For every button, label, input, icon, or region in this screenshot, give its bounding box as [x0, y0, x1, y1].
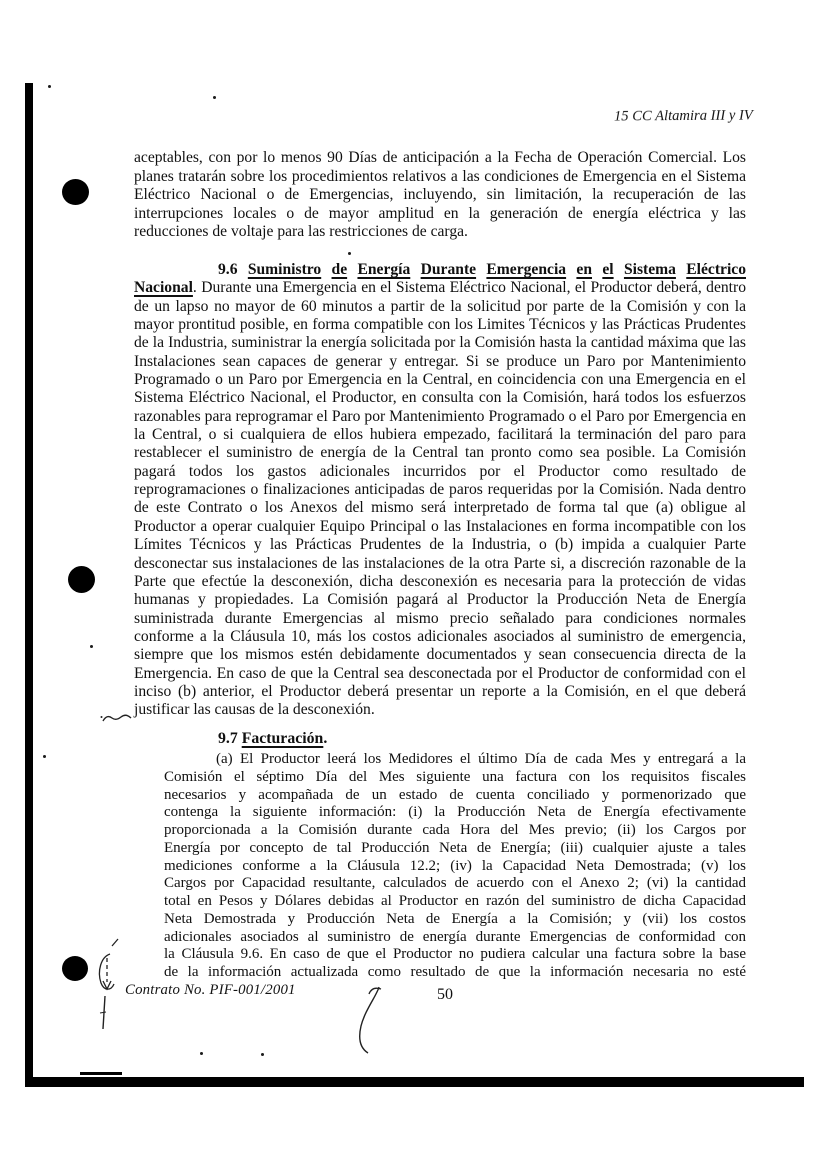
text-segment — [566, 261, 576, 278]
text-segment: el — [602, 261, 613, 278]
text-line: la Central, o si cualquiera de ellos hub… — [134, 426, 746, 444]
text-line: necesarios y acompañada de un estado de … — [164, 787, 746, 805]
text-line: desconectar sus instalaciones de las ins… — [134, 555, 746, 573]
text-segment: Durante — [421, 261, 476, 278]
text-line: de la Industria, suministrar la energía … — [134, 334, 746, 352]
text-segment: en — [576, 261, 592, 278]
text-line: interrupciones locales o de mayor amplit… — [134, 205, 746, 224]
text-segment: Emergencia — [486, 261, 566, 278]
text-line: suministrada durante Emergencias al mism… — [134, 610, 746, 628]
text-line: restablecer el suministro de energía de … — [134, 444, 746, 462]
text-line: 9.7 Facturación. — [134, 729, 746, 748]
hole-punch-dot — [62, 179, 89, 205]
text-segment — [321, 261, 331, 278]
text-line: contenga la siguiente información: (i) l… — [164, 804, 746, 822]
paragraph-a-facturacion: (a) El Productor leerá los Medidores el … — [164, 751, 746, 982]
text-line: Cargos por Capacidad resultante, calcula… — [164, 875, 746, 893]
footer-contract-number: Contrato No. PIF-001/2001 — [125, 982, 296, 999]
text-line: Energía por concepto de tal Producción N… — [164, 840, 746, 858]
text-line: mediciones conforme a la Cláusula 12.2; … — [164, 858, 746, 876]
handwritten-signature-squiggle — [350, 982, 392, 1058]
scan-border-dash — [80, 1072, 122, 1075]
text-line: adicionales asociados al suministro de e… — [164, 929, 746, 947]
text-line: Emergencia. En caso de que la Central se… — [134, 665, 746, 683]
text-segment — [614, 261, 624, 278]
text-line: aceptables, con por lo menos 90 Días de … — [134, 149, 746, 168]
text-segment: Eléctrico — [686, 261, 746, 278]
text-line: humanas y propiedades. La Comisión pagar… — [134, 591, 746, 609]
text-line: reducciones de voltaje para las restricc… — [134, 223, 746, 242]
text-segment: Suministro — [248, 261, 321, 278]
text-line: Parte que efectúe la desconexión, dicha … — [134, 573, 746, 591]
handwritten-arrow-annotation — [88, 933, 130, 1035]
text-line: Nacional. Durante una Emergencia en el S… — [134, 279, 746, 297]
scan-speck — [43, 755, 46, 758]
text-segment — [476, 261, 486, 278]
scan-speck — [48, 85, 51, 88]
scan-speck — [348, 252, 351, 255]
text-line: inciso (b) anterior, el Productor deberá… — [134, 683, 746, 701]
text-line: de este Contrato o los Anexos del mismo … — [134, 499, 746, 517]
text-line: reprogramaciones o finalizaciones antici… — [134, 481, 746, 499]
text-line: Programado o un Paro por Emergencia en l… — [134, 371, 746, 389]
text-line: Instalaciones sean capaces de generar y … — [134, 353, 746, 371]
text-line: de un lapso no mayor de 60 minutos a par… — [134, 298, 746, 316]
text-line: 9.6 Suministro de Energía Durante Emerge… — [134, 261, 746, 279]
scanned-contract-page: 15 CC Altamira III y IV aceptables, con … — [0, 0, 828, 1169]
scan-speck — [261, 1053, 264, 1056]
text-segment — [676, 261, 686, 278]
paragraph-intro: aceptables, con por lo menos 90 Días de … — [134, 149, 746, 242]
hole-punch-dot — [62, 956, 88, 981]
text-segment: Facturación — [242, 730, 324, 747]
section-9-7-heading: 9.7 Facturación. — [134, 729, 746, 748]
scan-speck — [200, 1052, 203, 1055]
page-header-reference: 15 CC Altamira III y IV — [614, 108, 754, 126]
text-line: Sistema Eléctrico Nacional, el Productor… — [134, 389, 746, 407]
text-segment: 9.7 — [218, 730, 242, 747]
section-9-6-paragraph: 9.6 Suministro de Energía Durante Emerge… — [134, 261, 746, 720]
text-line: Neta Demostrada y Producción Neta de Ene… — [164, 911, 746, 929]
text-line: (a) El Productor leerá los Medidores el … — [164, 751, 746, 769]
scan-speck — [213, 96, 216, 99]
text-line: Eléctrico Nacional o de Emergencias, inc… — [134, 186, 746, 205]
text-segment — [347, 261, 357, 278]
handwritten-margin-scribble — [100, 710, 140, 728]
text-segment — [410, 261, 420, 278]
scan-border-bottom — [25, 1077, 804, 1087]
text-line: pagará todos los gastos adicionales incu… — [134, 463, 746, 481]
text-line: Comisión el séptimo Día del Mes siguient… — [164, 769, 746, 787]
scan-border-left — [25, 83, 33, 1087]
text-segment: Nacional — [134, 279, 193, 296]
text-line: Límites Técnicos y las Prácticas Prudent… — [134, 536, 746, 554]
text-segment: 9.6 — [218, 261, 248, 278]
hole-punch-dot — [68, 566, 95, 593]
text-line: de la información actualizada como resul… — [164, 964, 746, 982]
text-segment: de — [332, 261, 348, 278]
text-segment — [592, 261, 602, 278]
text-line: total en Pesos y Dólares debidas al Prod… — [164, 893, 746, 911]
text-line: Productor a operar cualquier Equipo Prin… — [134, 518, 746, 536]
text-line: la Cláusula 9.6. En caso de que el Produ… — [164, 946, 746, 964]
text-segment: Energía — [357, 261, 410, 278]
text-segment: . Durante una Emergencia en el Sistema E… — [193, 279, 746, 296]
text-line: justificar las causas de la desconexión. — [134, 701, 746, 719]
text-line: planes tratarán sobre los procedimientos… — [134, 168, 746, 187]
scan-speck — [90, 645, 93, 648]
text-line: proporcionada a la Comisión durante cada… — [164, 822, 746, 840]
text-segment: Sistema — [624, 261, 676, 278]
text-line: conforme a la Cláusula 10, más los costo… — [134, 628, 746, 646]
text-segment: . — [323, 730, 327, 747]
text-line: siempre que los mismos estén debidamente… — [134, 646, 746, 664]
text-line: razonables para reprogramar el Paro por … — [134, 408, 746, 426]
text-line: mayor prontitud posible, en forma compat… — [134, 316, 746, 334]
page-number: 50 — [437, 986, 453, 1004]
